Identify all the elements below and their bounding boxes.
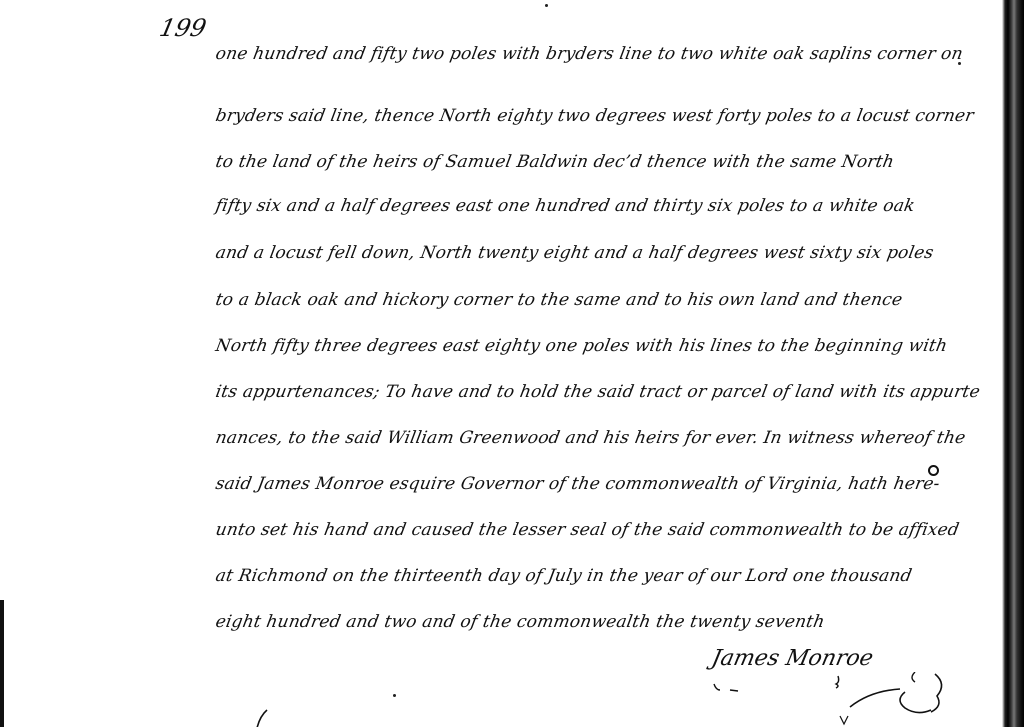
text-line-13: eight hundred and two and of the commonw… (214, 612, 826, 632)
text-line-1: one hundred and fifty two poles with bry… (214, 44, 965, 64)
text-line-4: fifty six and a half degrees east one hu… (214, 196, 916, 216)
text-line-3: to the land of the heirs of Samuel Baldw… (214, 152, 896, 172)
book-binding-edge (1002, 0, 1024, 727)
ink-speck (393, 694, 396, 697)
scan-left-edge (0, 600, 4, 727)
page-number: 199 (157, 14, 209, 42)
ink-speck (545, 4, 548, 7)
text-line-11: unto set his hand and caused the lesser … (214, 520, 961, 540)
text-line-7: North fifty three degrees east eighty on… (214, 336, 949, 356)
text-line-8: its appurtenances; To have and to hold t… (214, 382, 982, 402)
signature-flourish-icon (700, 672, 960, 727)
text-line-12: at Richmond on the thirteenth day of Jul… (214, 566, 913, 586)
ink-ring-mark (928, 465, 939, 476)
ink-speck (958, 62, 961, 65)
text-line-9: nances, to the said William Greenwood an… (214, 428, 967, 448)
text-line-10: said James Monroe esquire Governor of th… (214, 474, 941, 494)
text-line-5: and a locust fell down, North twenty eig… (214, 243, 935, 263)
stray-pen-stroke-icon (255, 708, 269, 727)
signature: James Monroe (709, 646, 875, 671)
text-line-2: bryders said line, thence North eighty t… (214, 106, 975, 126)
document-page: 199 one hundred and fifty two poles with… (0, 0, 1024, 727)
text-line-6: to a black oak and hickory corner to the… (214, 290, 904, 310)
